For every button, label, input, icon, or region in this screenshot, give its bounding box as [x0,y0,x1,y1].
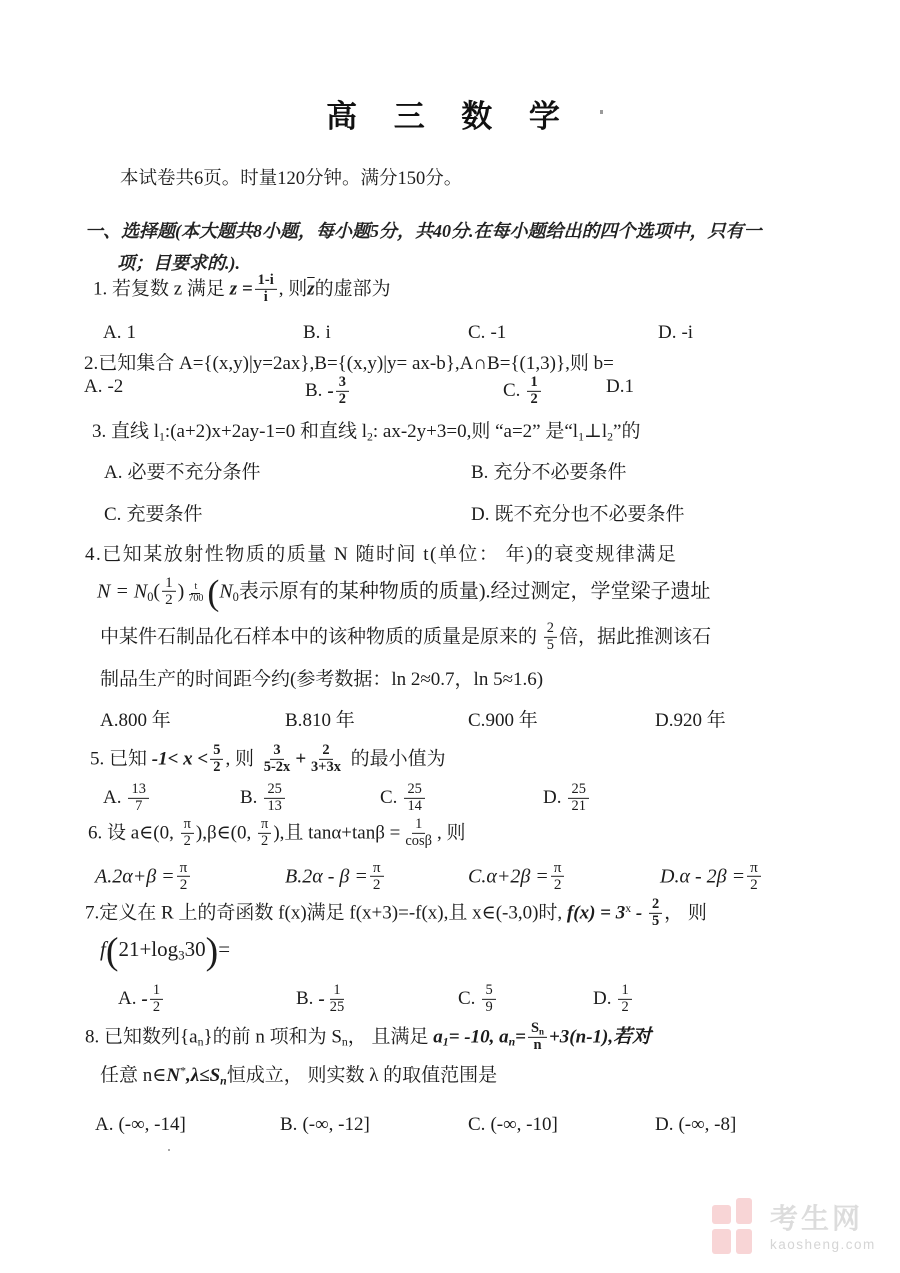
fraction: π2 [551,860,565,894]
text-run: 倍，据此推测该石 [559,626,711,647]
option-value: -1 [490,322,506,343]
numerator: π [177,860,191,877]
q5-stem: 5. 已知 -1< x <52, 则 35-2x+23+3x 的最小值为 [90,744,446,776]
q3-options-row1: A.必要不充分条件 B.充分不必要条件 [104,462,626,485]
denominator: 2 [150,999,163,1015]
option-value: 1 [126,322,136,343]
text-run: 表示原有的某种物质的质量).经过测定，学堂梁子遗址 [239,581,711,603]
option-label: C. [380,787,397,808]
option-value: 既不充分也不必要条件 [494,504,684,525]
q4-line3: 中某件石制品化石样本中的该种物质的质量是原来的 25倍，据此推测该石 [100,622,711,654]
q3-stem: 3. 直线 l1:(a+2)x+2ay-1=0 和直线 l2: ax-2y+3=… [92,420,640,444]
watermark-site-name: 考生网 [770,1204,863,1235]
numerator: 25 [264,782,284,799]
option-label: C. [104,504,121,525]
fraction: 52 [210,743,223,775]
fraction: π2 [258,817,271,849]
text-run: 恒成立， 则实数 λ 的取值范围是 [227,1065,497,1086]
math-run: N = N [97,581,147,603]
numerator: 1 [618,983,631,1000]
page-title: 高 三 数 学 [0,98,900,137]
watermark-site-url: kaosheng.com [770,1237,876,1252]
text-run: ， 且满足 [348,1026,434,1047]
numerator: 3 [270,743,283,760]
math-run: N [166,1065,180,1086]
q8-options: A.(-∞, -14] B.(-∞, -12] C.(-∞, -10] D.(-… [95,1114,736,1137]
denominator: 5 [544,637,557,653]
option-cell: B.-32 [305,376,503,408]
option-cell: A.-12 [118,984,296,1016]
option-cell: D.α - 2β =π2 [660,861,763,895]
text-run: 任意 n∈ [100,1065,166,1086]
option-value: 810 年 [302,710,354,731]
option-cell: A.必要不充分条件 [104,462,471,485]
option-value: (-∞, -14] [118,1114,185,1135]
denominator: 2 [258,833,271,849]
option-value: 充分不必要条件 [493,462,626,483]
denominator: i [261,289,271,305]
fraction: π2 [181,817,194,849]
option-value: -2 [107,376,123,397]
section-heading-line2: 项；目要求的.). [117,252,240,275]
text-run: 8. 已知数列{a [85,1026,198,1047]
numerator: π [370,860,384,877]
option-label: A. [103,322,121,343]
option-label: B. [305,380,322,401]
option-label: B. [471,462,488,483]
numerator: 25 [404,782,424,799]
denominator: n [530,1037,544,1053]
operator: - [631,902,647,923]
text-run: 的最小值为 [346,748,446,769]
option-label: C. [468,866,486,888]
q7-line2: f(21+log330)= [100,936,230,962]
fraction: 1-ii [255,273,277,305]
fraction: 59 [482,983,495,1015]
option-value: i [325,322,330,343]
math-run: S [531,1020,539,1036]
q1-options: A.1 B.i C.-1 D.-i [103,322,693,345]
option-cell: C.α+2β =π2 [468,861,660,895]
fraction: 2514 [404,782,424,814]
denominator: 25 [327,999,347,1015]
option-cell: D.(-∞, -8] [655,1114,736,1137]
option-label: C. [468,322,485,343]
option-cell: D.既不充分也不必要条件 [471,504,685,527]
exam-info: 本试卷共6页。时量120分钟。满分150分。 [120,168,462,191]
q1-stem: 1. 若复数 z 满足 z =1-ii, 则z的虚部为 [93,274,391,306]
option-label: D. [606,376,624,397]
numerator: π [181,817,194,834]
option-cell: A.137 [103,783,240,815]
option-cell: C.12 [503,376,606,408]
q8-line2: 任意 n∈N*,λ≤Sn恒成立， 则实数 λ 的取值范围是 [100,1064,497,1088]
denominator: 700 [185,594,206,605]
denominator: 21 [568,798,588,814]
denominator: 2 [747,877,761,893]
z-conjugate: z [307,278,314,299]
text-run: :(a+2)x+2ay-1=0 和直线 l [165,421,367,442]
option-value: 1 [624,376,634,397]
option-value: 800 年 [118,710,170,731]
fraction: 2521 [568,782,588,814]
option-value: α - 2β = [679,866,745,888]
math-run: z = [230,278,253,299]
fraction: 25 [649,897,662,929]
q7-options: A.-12 B.-125 C.59 D.12 [118,984,634,1016]
option-cell: B.(-∞, -12] [280,1114,468,1137]
option-cell: D.1 [606,376,634,408]
denominator: 2 [336,391,349,407]
denominator: 2 [618,999,631,1015]
option-label: A. [103,787,121,808]
denominator: 2 [370,877,384,893]
math-run: = -10, a [449,1026,509,1047]
option-value: -i [681,322,693,343]
text-run: }的前 n 项和为 S [203,1026,341,1047]
fraction: π2 [177,860,191,894]
math-run: N [219,581,232,603]
fraction: 23+3x [308,743,344,775]
q2-options: A.-2 B.-32 C.12 D.1 [84,376,634,408]
fraction: 12 [162,575,176,609]
fraction: 25 [544,621,557,653]
math-run: 21+log [118,937,178,961]
option-value: 920 年 [673,710,725,731]
q4-line1: 4.已知某放射性物质的质量 N 随时间 t(单位： 年)的衰变规律满足 [85,543,677,567]
option-cell: A.1 [103,322,303,345]
q3-options-row2: C.充要条件 D.既不充分也不必要条件 [104,504,685,527]
denominator: 7 [132,798,145,814]
numerator: 2 [544,621,557,638]
option-label: B. [280,1114,297,1135]
option-label: C. [468,1114,485,1135]
option-label: D. [543,787,561,808]
numerator: π [258,817,271,834]
denominator: 2 [527,391,540,407]
text-run: : ax-2y+3=0,则 “a=2” 是“l [373,421,578,442]
scan-speck [600,110,603,114]
fraction: π2 [747,860,761,894]
logo-block [712,1229,731,1254]
paren: ( [153,581,160,603]
fraction: 12 [618,983,631,1015]
paren: ) [178,581,185,603]
option-cell: D.12 [593,984,634,1016]
option-label: A. [100,710,118,731]
text-run: 的虚部为 [315,278,391,299]
text-run: ),β∈(0, [196,822,256,843]
subscript: n [539,1026,544,1036]
option-label: D. [660,866,679,888]
text-run: , 则 [279,278,308,299]
option-value: 900 年 [485,710,537,731]
option-value: 必要不充分条件 [127,462,260,483]
fraction: Snn [528,1021,547,1053]
numerator: 2 [649,897,662,914]
option-cell: D.920 年 [655,710,726,733]
text-run: 6. 设 a∈(0, [88,822,179,843]
option-label: C. [468,710,485,731]
q6-options: A.2α+β =π2 B.2α - β =π2 C.α+2β =π2 D.α -… [95,861,763,895]
numerator: 1 [150,983,163,1000]
option-label: B. [285,710,302,731]
big-paren: ( [106,931,119,973]
fraction: 125 [327,983,347,1015]
logo-block [736,1198,752,1224]
option-cell: D.-i [658,322,693,345]
numerator: Sn [528,1021,547,1038]
fraction: 137 [128,782,148,814]
text-run: 中某件石制品化石样本中的该种物质的质量是原来的 [100,626,542,647]
option-value: 充要条件 [126,504,202,525]
numerator: 1 [527,375,540,392]
math-run: 30 [185,937,206,961]
scan-dot [168,1149,170,1151]
equals: = [515,1026,526,1047]
option-value: 2α - β = [302,866,368,888]
option-label: D. [655,1114,673,1135]
option-cell: C.充要条件 [104,504,471,527]
denominator: 5-2x [261,759,293,775]
text-run: , 则 [437,822,466,843]
option-label: B. [296,988,313,1009]
fraction: 12 [527,375,540,407]
option-label: D. [593,988,611,1009]
option-label: B. [240,787,257,808]
q4-line2: N = N0(12)t700(N0表示原有的某种物质的质量).经过测定，学堂梁子… [97,576,711,610]
denominator: 3+3x [308,759,344,775]
q7-line1: 7.定义在 R 上的奇函数 f(x)满足 f(x+3)=-f(x),且 x∈(-… [85,898,707,930]
q4-line4: 制品生产的时间距今约(参考数据：ln 2≈0.7，ln 5≈1.6) [100,668,543,692]
option-value: (-∞, -8] [678,1114,736,1135]
denominator: 2 [210,759,223,775]
text-run: 1. 若复数 z 满足 [93,278,230,299]
section-heading-line1: 一、选择题(本大题共8小题，每小题5分，共40分.在每小题给出的四个选项中，只有… [85,220,762,243]
math-run: -1< x < [152,748,208,769]
option-value: α+2β = [486,866,548,888]
numerator: 5 [482,983,495,1000]
option-cell: B.2α - β =π2 [285,861,468,895]
q8-line1: 8. 已知数列{an}的前 n 项和为 Sn， 且满足 a1= -10, an=… [85,1022,651,1054]
watermark-text: 考生网 kaosheng.com [770,1204,876,1252]
numerator: π [747,860,761,877]
fraction: 2513 [264,782,284,814]
big-paren: ) [206,931,219,973]
option-label: C. [503,380,520,401]
option-cell: C.2514 [380,783,543,815]
option-label: B. [285,866,302,888]
text-run: , 则 [225,748,258,769]
option-label: A. [84,376,102,397]
q4-options: A.800 年 B.810 年 C.900 年 D.920 年 [100,710,726,733]
option-label: A. [104,462,122,483]
option-cell: A.-2 [84,376,305,408]
numerator: 1-i [255,273,277,290]
fraction: π2 [370,860,384,894]
math-run: +3(n-1),若对 [549,1026,651,1047]
option-cell: C.(-∞, -10] [468,1114,655,1137]
option-cell: A.800 年 [100,710,285,733]
logo-block [736,1229,752,1254]
option-cell: D.2521 [543,783,591,815]
big-paren: ( [207,573,219,613]
numerator: 13 [128,782,148,799]
option-value: 2α+β = [112,866,174,888]
option-cell: C.-1 [468,322,658,345]
math-run: f(x) = 3 [567,902,625,923]
q5-options: A.137 B.2513 C.2514 D.2521 [103,783,591,815]
numerator: 3 [336,375,349,392]
denominator: 2 [181,833,194,849]
text-run: 5. 已知 [90,748,152,769]
denominator: 9 [482,999,495,1015]
numerator: 2 [319,743,332,760]
math-run: a [433,1026,443,1047]
fraction: 35-2x [261,743,293,775]
denominator: 2 [551,877,565,893]
option-label: D. [471,504,489,525]
option-cell: B.810 年 [285,710,468,733]
denominator: 5 [649,913,662,929]
option-label: D. [658,322,676,343]
text-run: ⊥l [584,421,607,442]
text-run: ”的 [613,421,640,442]
option-cell: B.充分不必要条件 [471,462,626,485]
text-run: 7.定义在 R 上的奇函数 f(x)满足 f(x+3)=-f(x),且 x∈(-… [85,902,567,923]
denominator: 2 [177,877,191,893]
q6-stem: 6. 设 a∈(0, π2),β∈(0, π2),且 tanα+tanβ =1c… [88,818,465,850]
text-run: ),且 tanα+tanβ = [273,822,400,843]
numerator: 1 [330,983,343,1000]
option-cell: B.-125 [296,984,458,1016]
denominator: 13 [264,798,284,814]
option-label: A. [95,1114,113,1135]
option-sign: - [318,988,324,1009]
option-cell: B.2513 [240,783,380,815]
option-cell: C.900 年 [468,710,655,733]
option-label: A. [118,988,136,1009]
option-cell: C.59 [458,984,593,1016]
option-cell: B.i [303,322,468,345]
numerator: 1 [412,817,425,834]
fraction: 32 [336,375,349,407]
option-sign: - [327,380,333,401]
option-sign: - [141,988,147,1009]
numerator: 5 [210,743,223,760]
exponent-fraction: t700 [185,582,206,605]
kaosheng-watermark: 考生网 kaosheng.com [712,1198,876,1258]
fraction: 12 [150,983,163,1015]
q2-stem: 2.已知集合 A={(x,y)|y=2ax},B={(x,y)|y= ax-b}… [84,352,614,376]
numerator: 25 [568,782,588,799]
operator: + [295,748,306,769]
denominator: cosβ [402,833,435,849]
option-label: A. [95,866,112,888]
option-value: (-∞, -10] [490,1114,557,1135]
text-run: ， 则 [664,902,707,923]
option-cell: A.2α+β =π2 [95,861,285,895]
denominator: 2 [162,592,176,608]
option-label: C. [458,988,475,1009]
option-cell: A.(-∞, -14] [95,1114,280,1137]
equals: = [218,937,230,961]
numerator: 1 [162,575,176,592]
option-label: B. [303,322,320,343]
option-value: (-∞, -12] [302,1114,369,1135]
fraction: 1cosβ [402,817,435,849]
option-label: D. [655,710,673,731]
numerator: π [551,860,565,877]
logo-block [712,1205,731,1224]
text-run: 3. 直线 l [92,421,159,442]
kaosheng-logo-icon [712,1198,758,1258]
math-run: ,λ≤S [186,1065,220,1086]
denominator: 14 [404,798,424,814]
